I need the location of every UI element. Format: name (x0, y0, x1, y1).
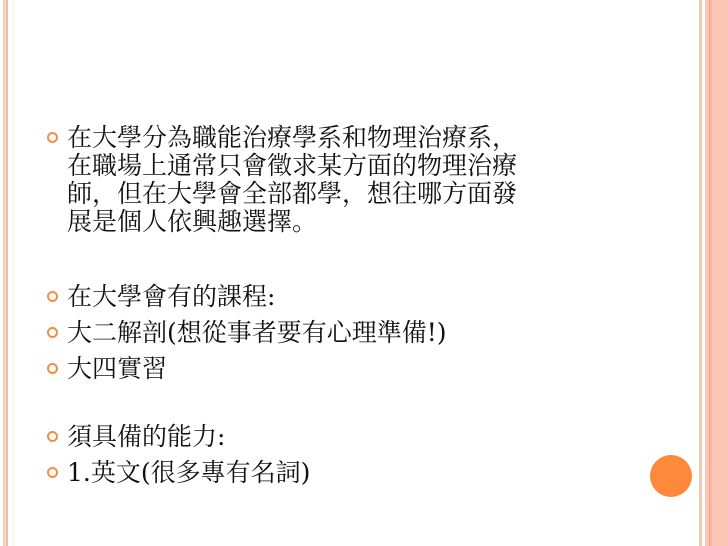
bullet-line: 在大學分為職能治療學系和物理治療系， (67, 124, 647, 152)
bullet-item-abilities-heading: 須具備的能力: (47, 423, 647, 451)
bullet-text: 大四實習 (67, 354, 167, 383)
bullet-line: 師，但在大學會全部都學，想往哪方面發 (67, 180, 647, 208)
slide-body: 在大學分為職能治療學系和物理治療系， 在職場上通常只會徵求某方面的物理治療 師，… (47, 124, 647, 487)
left-border-stripe (6, 0, 8, 546)
bullet-line: 展是個人依興趣選擇。 (67, 208, 647, 236)
hollow-circle-icon (47, 467, 58, 478)
hollow-circle-icon (47, 327, 58, 338)
bullet-item-departments: 在大學分為職能治療學系和物理治療系， 在職場上通常只會徵求某方面的物理治療 師，… (47, 124, 647, 236)
bullet-item-anatomy: 大二解剖(想從事者要有心理準備!) (47, 319, 647, 347)
slide: 在大學分為職能治療學系和物理治療系， 在職場上通常只會徵求某方面的物理治療 師，… (0, 0, 728, 546)
hollow-circle-icon (47, 431, 58, 442)
right-border-band (712, 0, 728, 546)
left-border-stripe (13, 0, 14, 546)
orange-circle-icon (650, 455, 692, 497)
bullet-line: 在職場上通常只會徵求某方面的物理治療 (67, 152, 647, 180)
hollow-circle-icon (47, 291, 58, 302)
bullet-text: 1.英文(很多專有名詞) (67, 458, 310, 487)
hollow-circle-icon (47, 132, 58, 143)
bullet-item-internship: 大四實習 (47, 355, 647, 383)
bullet-text: 須具備的能力: (67, 422, 225, 451)
bullet-item-courses-heading: 在大學會有的課程: (47, 283, 647, 311)
right-border-stripe (699, 0, 702, 546)
bullet-text: 在大學會有的課程: (67, 282, 275, 311)
bullet-text: 大二解剖(想從事者要有心理準備!) (67, 318, 447, 347)
bullet-item-english: 1.英文(很多專有名詞) (47, 459, 647, 487)
hollow-circle-icon (47, 363, 58, 374)
